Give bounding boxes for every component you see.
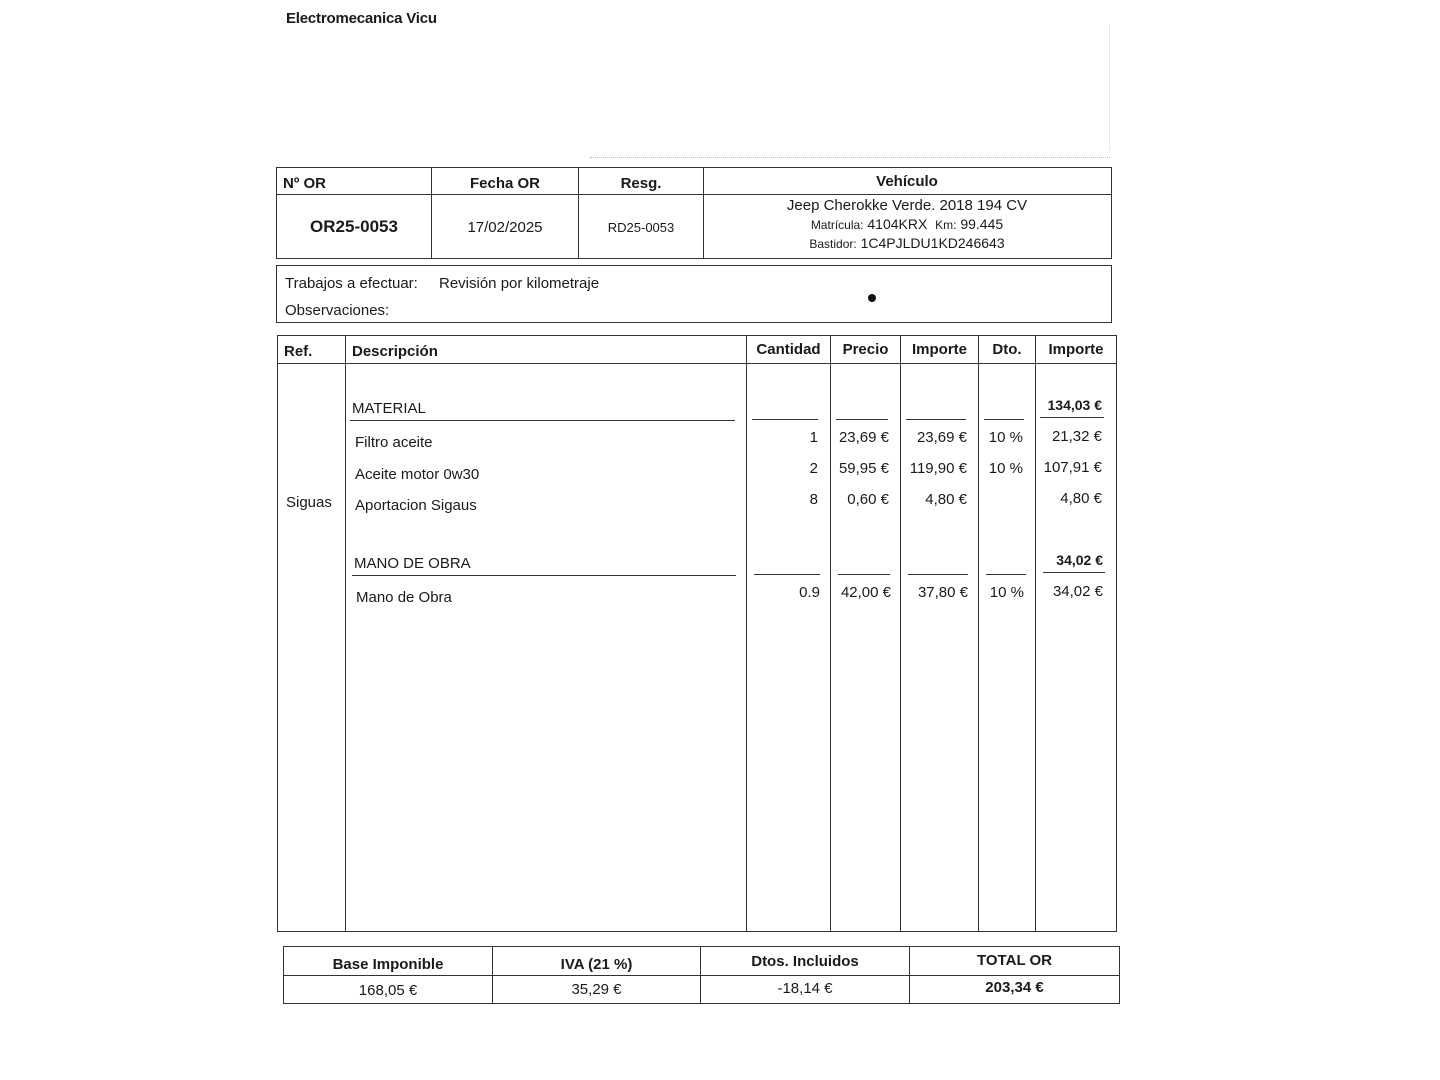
row-amount: 37,80 €	[918, 584, 968, 601]
col-descripcion: Descripción	[352, 338, 652, 364]
row-qty: 2	[810, 460, 818, 477]
row-price: 59,95 €	[839, 460, 889, 477]
bullet-mark	[868, 294, 876, 302]
vehicle-model: Jeep Cherokke Verde. 2018 194 CV	[704, 197, 1110, 215]
company-name: Electromecanica Vicu	[286, 10, 437, 27]
vin-label: Bastidor:	[809, 237, 856, 251]
row-desc: Mano de Obra	[356, 589, 452, 606]
km-label: Km:	[935, 218, 956, 232]
row-dto: 10 %	[989, 460, 1023, 477]
row-dto: 10 %	[990, 584, 1024, 601]
row-qty: 8	[810, 491, 818, 508]
row-qty: 0.9	[799, 584, 820, 601]
km-value: 99.445	[960, 216, 1003, 232]
section-title-mano-de-obra: MANO DE OBRA	[354, 555, 471, 572]
row-net: 34,02 €	[1053, 583, 1103, 600]
row-net: 4,80 €	[1060, 490, 1102, 507]
row-net: 21,32 €	[1052, 428, 1102, 445]
col-cantidad: Cantidad	[747, 336, 830, 362]
row-qty: 1	[810, 429, 818, 446]
col-dto: Dto.	[979, 336, 1035, 362]
row-desc: Aportacion Sigaus	[355, 497, 477, 514]
section-total-mano-de-obra: 34,02 €	[1056, 552, 1103, 568]
section-title-material: MATERIAL	[352, 400, 426, 417]
vin-value: 1C4PJLDU1KD246643	[861, 235, 1005, 251]
header-resguardo: Resg.	[579, 170, 703, 196]
trabajos-label: Trabajos a efectuar:	[285, 275, 418, 292]
resguardo-number: RD25-0053	[579, 196, 703, 258]
section-total-material: 134,03 €	[1048, 397, 1103, 413]
iva-value: 35,29 €	[493, 976, 700, 1002]
header-date: Fecha OR	[432, 170, 578, 196]
plate-value: 4104KRX	[867, 216, 927, 232]
totals-table: Base Imponible IVA (21 %) Dtos. Incluido…	[283, 946, 1120, 1004]
base-imponible-value: 168,05 €	[284, 977, 492, 1003]
header-vehicle: Vehículo	[704, 168, 1110, 194]
row-dto: 10 %	[989, 429, 1023, 446]
row-desc: Filtro aceite	[355, 434, 433, 451]
col-ref: Ref.	[284, 338, 344, 364]
col-importe: Importe	[901, 336, 978, 362]
totals-header-total: TOTAL OR	[910, 946, 1119, 974]
row-price: 0,60 €	[847, 491, 889, 508]
row-amount: 23,69 €	[917, 429, 967, 446]
plate-label: Matrícula:	[811, 218, 864, 232]
row-amount: 119,90 €	[910, 460, 967, 477]
trabajos-value: Revisión por kilometraje	[439, 275, 599, 292]
totals-header-iva: IVA (21 %)	[493, 950, 700, 978]
row-price: 23,69 €	[839, 429, 889, 446]
ref-value: Siguas	[286, 494, 332, 511]
order-header-table: Nº OR Fecha OR Resg. Vehículo OR25-0053 …	[276, 167, 1112, 259]
total-or-value: 203,34 €	[910, 974, 1119, 1000]
dtos-value: -18,14 €	[701, 975, 909, 1001]
totals-header-base: Base Imponible	[284, 950, 492, 978]
work-box: Trabajos a efectuar: Revisión por kilome…	[276, 265, 1112, 323]
row-desc: Aceite motor 0w30	[355, 466, 479, 483]
scan-artifact	[590, 157, 1110, 158]
order-date: 17/02/2025	[432, 196, 578, 258]
vehicle-info: Jeep Cherokke Verde. 2018 194 CV Matrícu…	[704, 197, 1110, 253]
row-price: 42,00 €	[841, 584, 891, 601]
col-importe-neto: Importe	[1036, 336, 1116, 362]
row-amount: 4,80 €	[925, 491, 967, 508]
lines-table: Ref. Descripción Cantidad Precio Importe…	[277, 335, 1117, 932]
header-order-number: Nº OR	[283, 170, 383, 196]
order-number: OR25-0053	[277, 196, 431, 258]
scan-artifact	[1109, 25, 1110, 150]
totals-header-dtos: Dtos. Incluidos	[701, 947, 909, 975]
col-precio: Precio	[831, 336, 900, 362]
row-net: 107,91 €	[1044, 459, 1102, 476]
observaciones-label: Observaciones:	[285, 302, 389, 319]
